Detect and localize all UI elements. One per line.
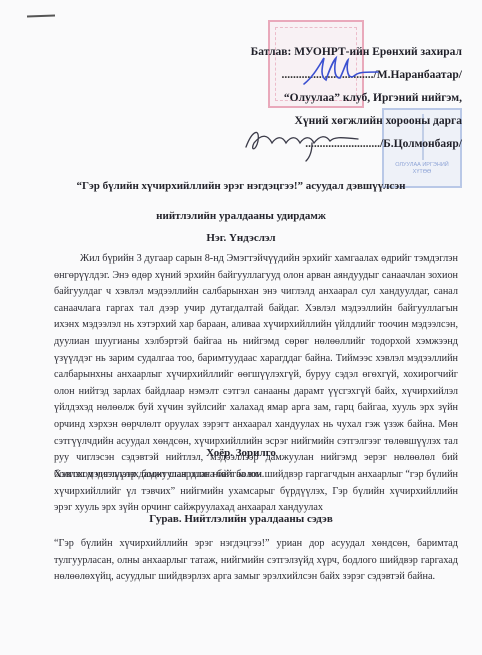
signature-blue-icon <box>300 54 380 88</box>
approver-name-2: /Б.Цолмонбаяр/ <box>380 138 462 150</box>
section-heading-2: Хоёр. Зорилго <box>0 447 482 459</box>
section-heading-1: Нэг. Үндэслэл <box>0 232 482 244</box>
approval-block: Батлав: МУОНРТ-ийн Ерөнхий захирал .....… <box>222 41 462 156</box>
stamp-text-line-1: ОЛУУЛАА ИРГЭНИЙ <box>384 162 460 169</box>
stamp-text: ОЛУУЛАА ИРГЭНИЙ ХҮТӨӨ <box>384 162 460 176</box>
section-text-2: Хэвлэл мэдээллээр дамжуулан олон нийт бо… <box>54 467 458 517</box>
approval-line-5: ........................../Б.Цолмонбаяр/ <box>222 133 462 156</box>
approval-line-3: “Олуулаа” клуб, Иргэний нийгэм, <box>222 87 462 110</box>
document-title-line-1: “Гэр бүлийн хүчирхийллийн эрэг нэгдэцгээ… <box>0 180 482 192</box>
corner-mark <box>27 15 55 18</box>
stamp-text-line-2: ХҮТӨӨ <box>384 169 460 176</box>
approver-name-1: /М.Наранбаатар/ <box>374 69 462 81</box>
document-title-line-2: нийтлэлийн уралдааны удирдамж <box>0 210 482 222</box>
section-text-3: “Гэр бүлийн хүчирхийллийн эрэг нэгдэцгээ… <box>54 536 458 586</box>
document-page: ОЛУУЛАА ИРГЭНИЙ ХҮТӨӨ Батлав: МУОНРТ-ийн… <box>0 0 482 655</box>
signature-dark-icon <box>242 121 362 163</box>
approval-line-2: ................................/М.Наран… <box>222 64 462 87</box>
section-heading-3: Гурав. Нийтлэлийн уралдааны сэдэв <box>0 513 482 525</box>
